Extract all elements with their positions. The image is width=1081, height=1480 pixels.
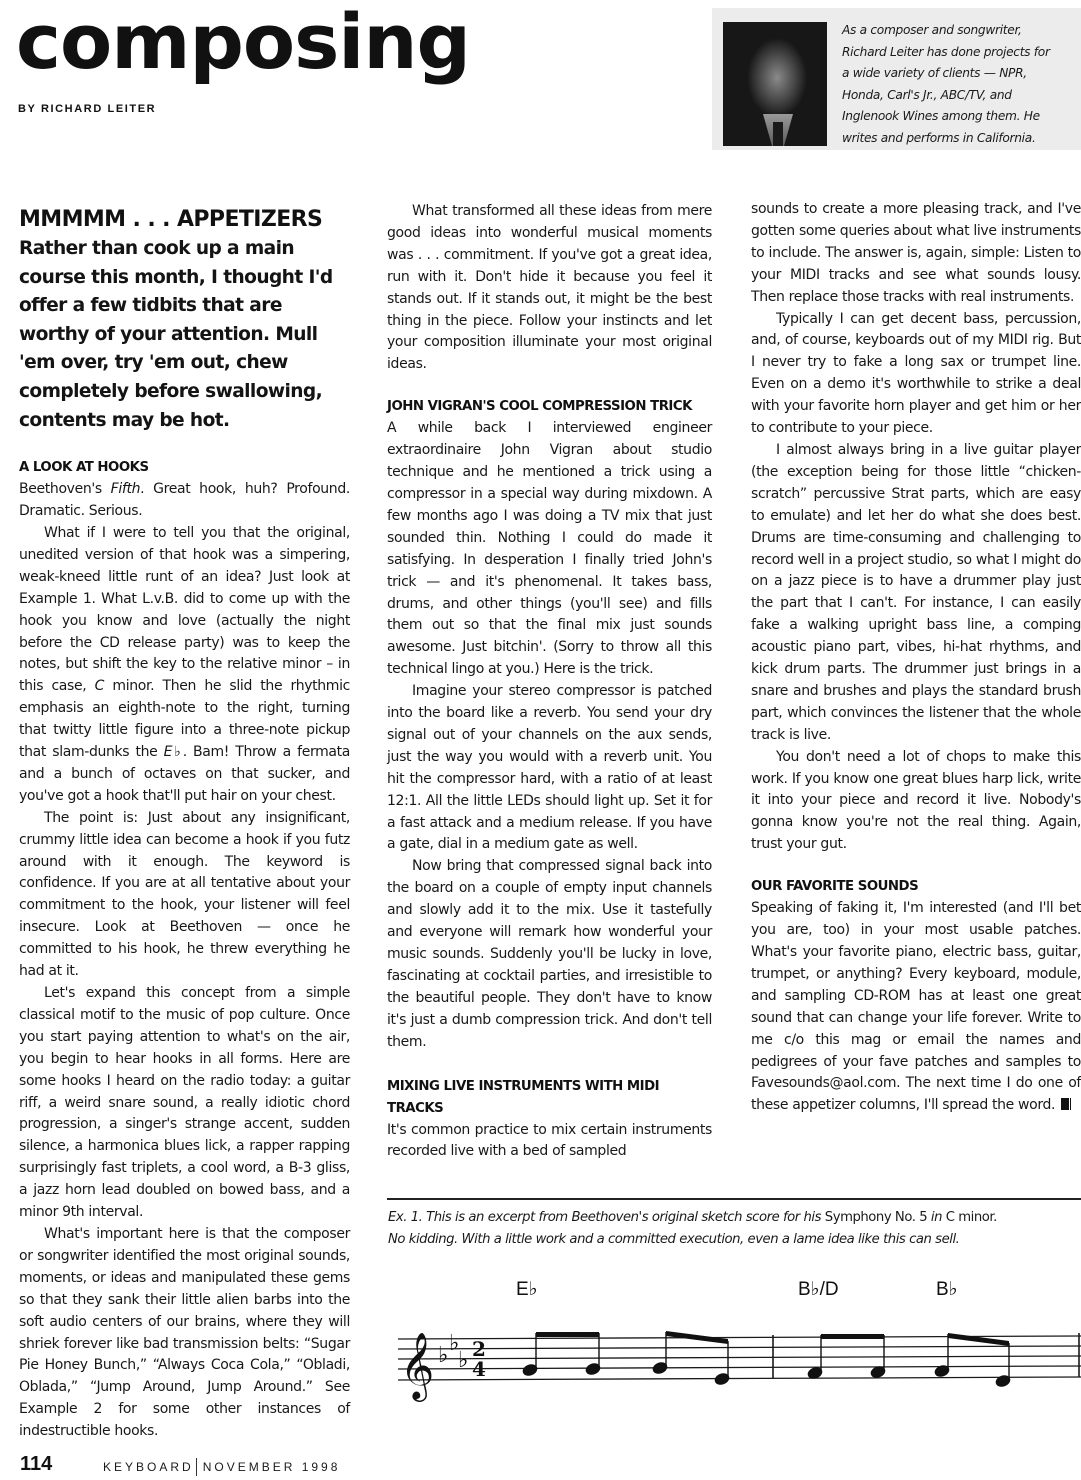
end-of-article-icon — [1061, 1098, 1072, 1110]
section-heading-hooks: A LOOK AT HOOKS — [19, 457, 350, 479]
svg-text:♭: ♭ — [458, 1348, 468, 1373]
column-title: composing — [16, 4, 470, 80]
bio-line: Honda, Carl's Jr., ABC/TV, and — [842, 85, 1078, 107]
paragraph: What transformed all these ideas from me… — [387, 201, 712, 376]
article-column-3: sounds to create a more pleasing track, … — [751, 199, 1081, 1117]
chord-symbol: B♭/D — [798, 1278, 839, 1301]
page-number: 114 — [20, 1453, 52, 1476]
bio-line: As a composer and songwriter, — [842, 20, 1078, 42]
paragraph: I almost always bring in a live guitar p… — [751, 440, 1081, 747]
footer-divider — [196, 1458, 197, 1476]
paragraph: Let's expand this concept from a simple … — [19, 983, 350, 1224]
paragraph: Beethoven's Fifth. Great hook, huh? Prof… — [19, 479, 350, 523]
publication-name: KEYBOARD — [103, 1460, 194, 1474]
paragraph: It's common practice to mix certain inst… — [387, 1120, 712, 1164]
section-heading-midi: MIXING LIVE INSTRUMENTS WITH MIDI TRACKS — [387, 1076, 712, 1120]
paragraph: What if I were to tell you that the orig… — [19, 523, 350, 808]
bio-line: Richard Leiter has done projects for — [842, 42, 1078, 64]
paragraph: You don't need a lot of chops to make th… — [751, 747, 1081, 857]
example-caption: Ex. 1. This is an excerpt from Beethoven… — [388, 1207, 1081, 1251]
paragraph: Imagine your stereo compressor is patche… — [387, 681, 712, 856]
svg-text:4: 4 — [472, 1357, 486, 1381]
paragraph: The point is: Just about any insignifica… — [19, 808, 350, 983]
paragraph-continued: sounds to create a more pleasing track, … — [751, 199, 1081, 309]
author-bio-text: As a composer and songwriter, Richard Le… — [842, 20, 1078, 150]
issue-date: NOVEMBER 1998 — [203, 1460, 341, 1474]
music-notation-example: E♭ B♭/D B♭ 𝄞 ♭ ♭ ♭ 2 4 — [388, 1270, 1081, 1420]
svg-text:♭: ♭ — [438, 1343, 448, 1368]
photo-tie — [773, 122, 783, 146]
paragraph: What's important here is that the compos… — [19, 1224, 350, 1443]
article-dek: Rather than cook up a main course this m… — [19, 235, 350, 435]
paragraph: Speaking of faking it, I'm interested (a… — [751, 898, 1081, 1117]
section-heading-compression: JOHN VIGRAN'S COOL COMPRESSION TRICK — [387, 396, 712, 418]
author-photo — [723, 22, 827, 146]
bio-line: a wide variety of clients — NPR, — [842, 63, 1078, 85]
section-heading-favorite-sounds: OUR FAVORITE SOUNDS — [751, 876, 1081, 898]
byline: BY RICHARD LEITER — [18, 103, 156, 115]
article-column-2: What transformed all these ideas from me… — [387, 201, 712, 1163]
bio-line: Inglenook Wines among them. He — [842, 106, 1078, 128]
article-title: MMMMM . . . APPETIZERS — [19, 205, 350, 235]
treble-clef-icon: 𝄞 — [400, 1331, 434, 1402]
chord-symbol: B♭ — [936, 1278, 958, 1301]
author-bio-box: As a composer and songwriter, Richard Le… — [712, 8, 1081, 150]
staff-notation: 𝄞 ♭ ♭ ♭ 2 4 — [388, 1270, 1081, 1420]
chord-symbol: E♭ — [516, 1278, 538, 1301]
example-divider — [387, 1198, 1081, 1200]
publication-info: KEYBOARDNOVEMBER 1998 — [103, 1458, 340, 1476]
paragraph: A while back I interviewed engineer extr… — [387, 418, 712, 681]
paragraph: Now bring that compressed signal back in… — [387, 856, 712, 1053]
article-column-1: MMMMM . . . APPETIZERS Rather than cook … — [19, 205, 350, 1443]
paragraph: Typically I can get decent bass, percuss… — [751, 309, 1081, 440]
bio-line: writes and performs in California. — [842, 128, 1078, 150]
